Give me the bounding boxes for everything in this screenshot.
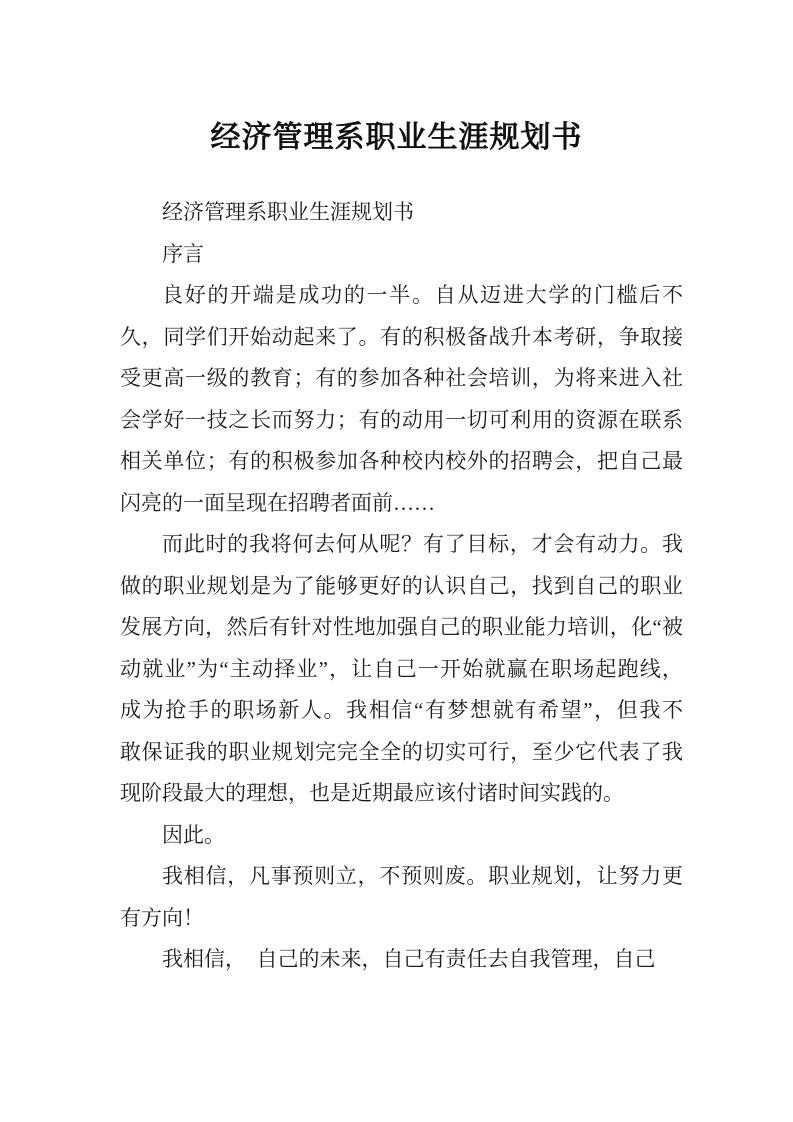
document-line-subtitle: 经济管理系职业生涯规划书 [120, 192, 683, 234]
document-line: 会学好一技之长而努力；有的动用一切可利用的资源在联系 [120, 400, 683, 442]
document-line: 有方向！ [120, 898, 683, 940]
document-line: 发展方向，然后有针对性地加强自己的职业能力培训，化“被 [120, 607, 683, 649]
document-line: 闪亮的一面呈现在招聘者面前…… [120, 483, 683, 525]
document-line [120, 981, 683, 1023]
document-line: 我相信，凡事预则立，不预则废。职业规划，让努力更 [120, 856, 683, 898]
document-line: 因此。 [120, 815, 683, 857]
document-line: 良好的开端是成功的一半。自从迈进大学的门槛后不 [120, 275, 683, 317]
document-line: 而此时的我将何去何从呢？有了目标，才会有动力。我 [120, 524, 683, 566]
document-body: 经济管理系职业生涯规划书 序言 良好的开端是成功的一半。自从迈进大学的门槛后不 … [120, 192, 683, 1022]
document-line: 相关单位；有的积极参加各种校内校外的招聘会，把自己最 [120, 441, 683, 483]
document-line: 成为抢手的职场新人。我相信“有梦想就有希望”，但我不 [120, 690, 683, 732]
document-line: 我相信， 自己的未来，自己有责任去自我管理，自己 [120, 939, 683, 981]
document-line: 现阶段最大的理想，也是近期最应该付诸时间实践的。 [120, 773, 683, 815]
document-line: 久，同学们开始动起来了。有的积极备战升本考研，争取接 [120, 317, 683, 359]
document-title: 经济管理系职业生涯规划书 [0, 120, 793, 156]
document-line-preface-heading: 序言 [120, 234, 683, 276]
document-line: 受更高一级的教育；有的参加各种社会培训，为将来进入社 [120, 358, 683, 400]
document-page: 经济管理系职业生涯规划书 经济管理系职业生涯规划书 序言 良好的开端是成功的一半… [0, 0, 793, 1122]
document-line: 动就业”为“主动择业”，让自己一开始就赢在职场起跑线， [120, 649, 683, 691]
document-line: 敢保证我的职业规划完完全全的切实可行，至少它代表了我 [120, 732, 683, 774]
document-line: 做的职业规划是为了能够更好的认识自己，找到自己的职业 [120, 566, 683, 608]
